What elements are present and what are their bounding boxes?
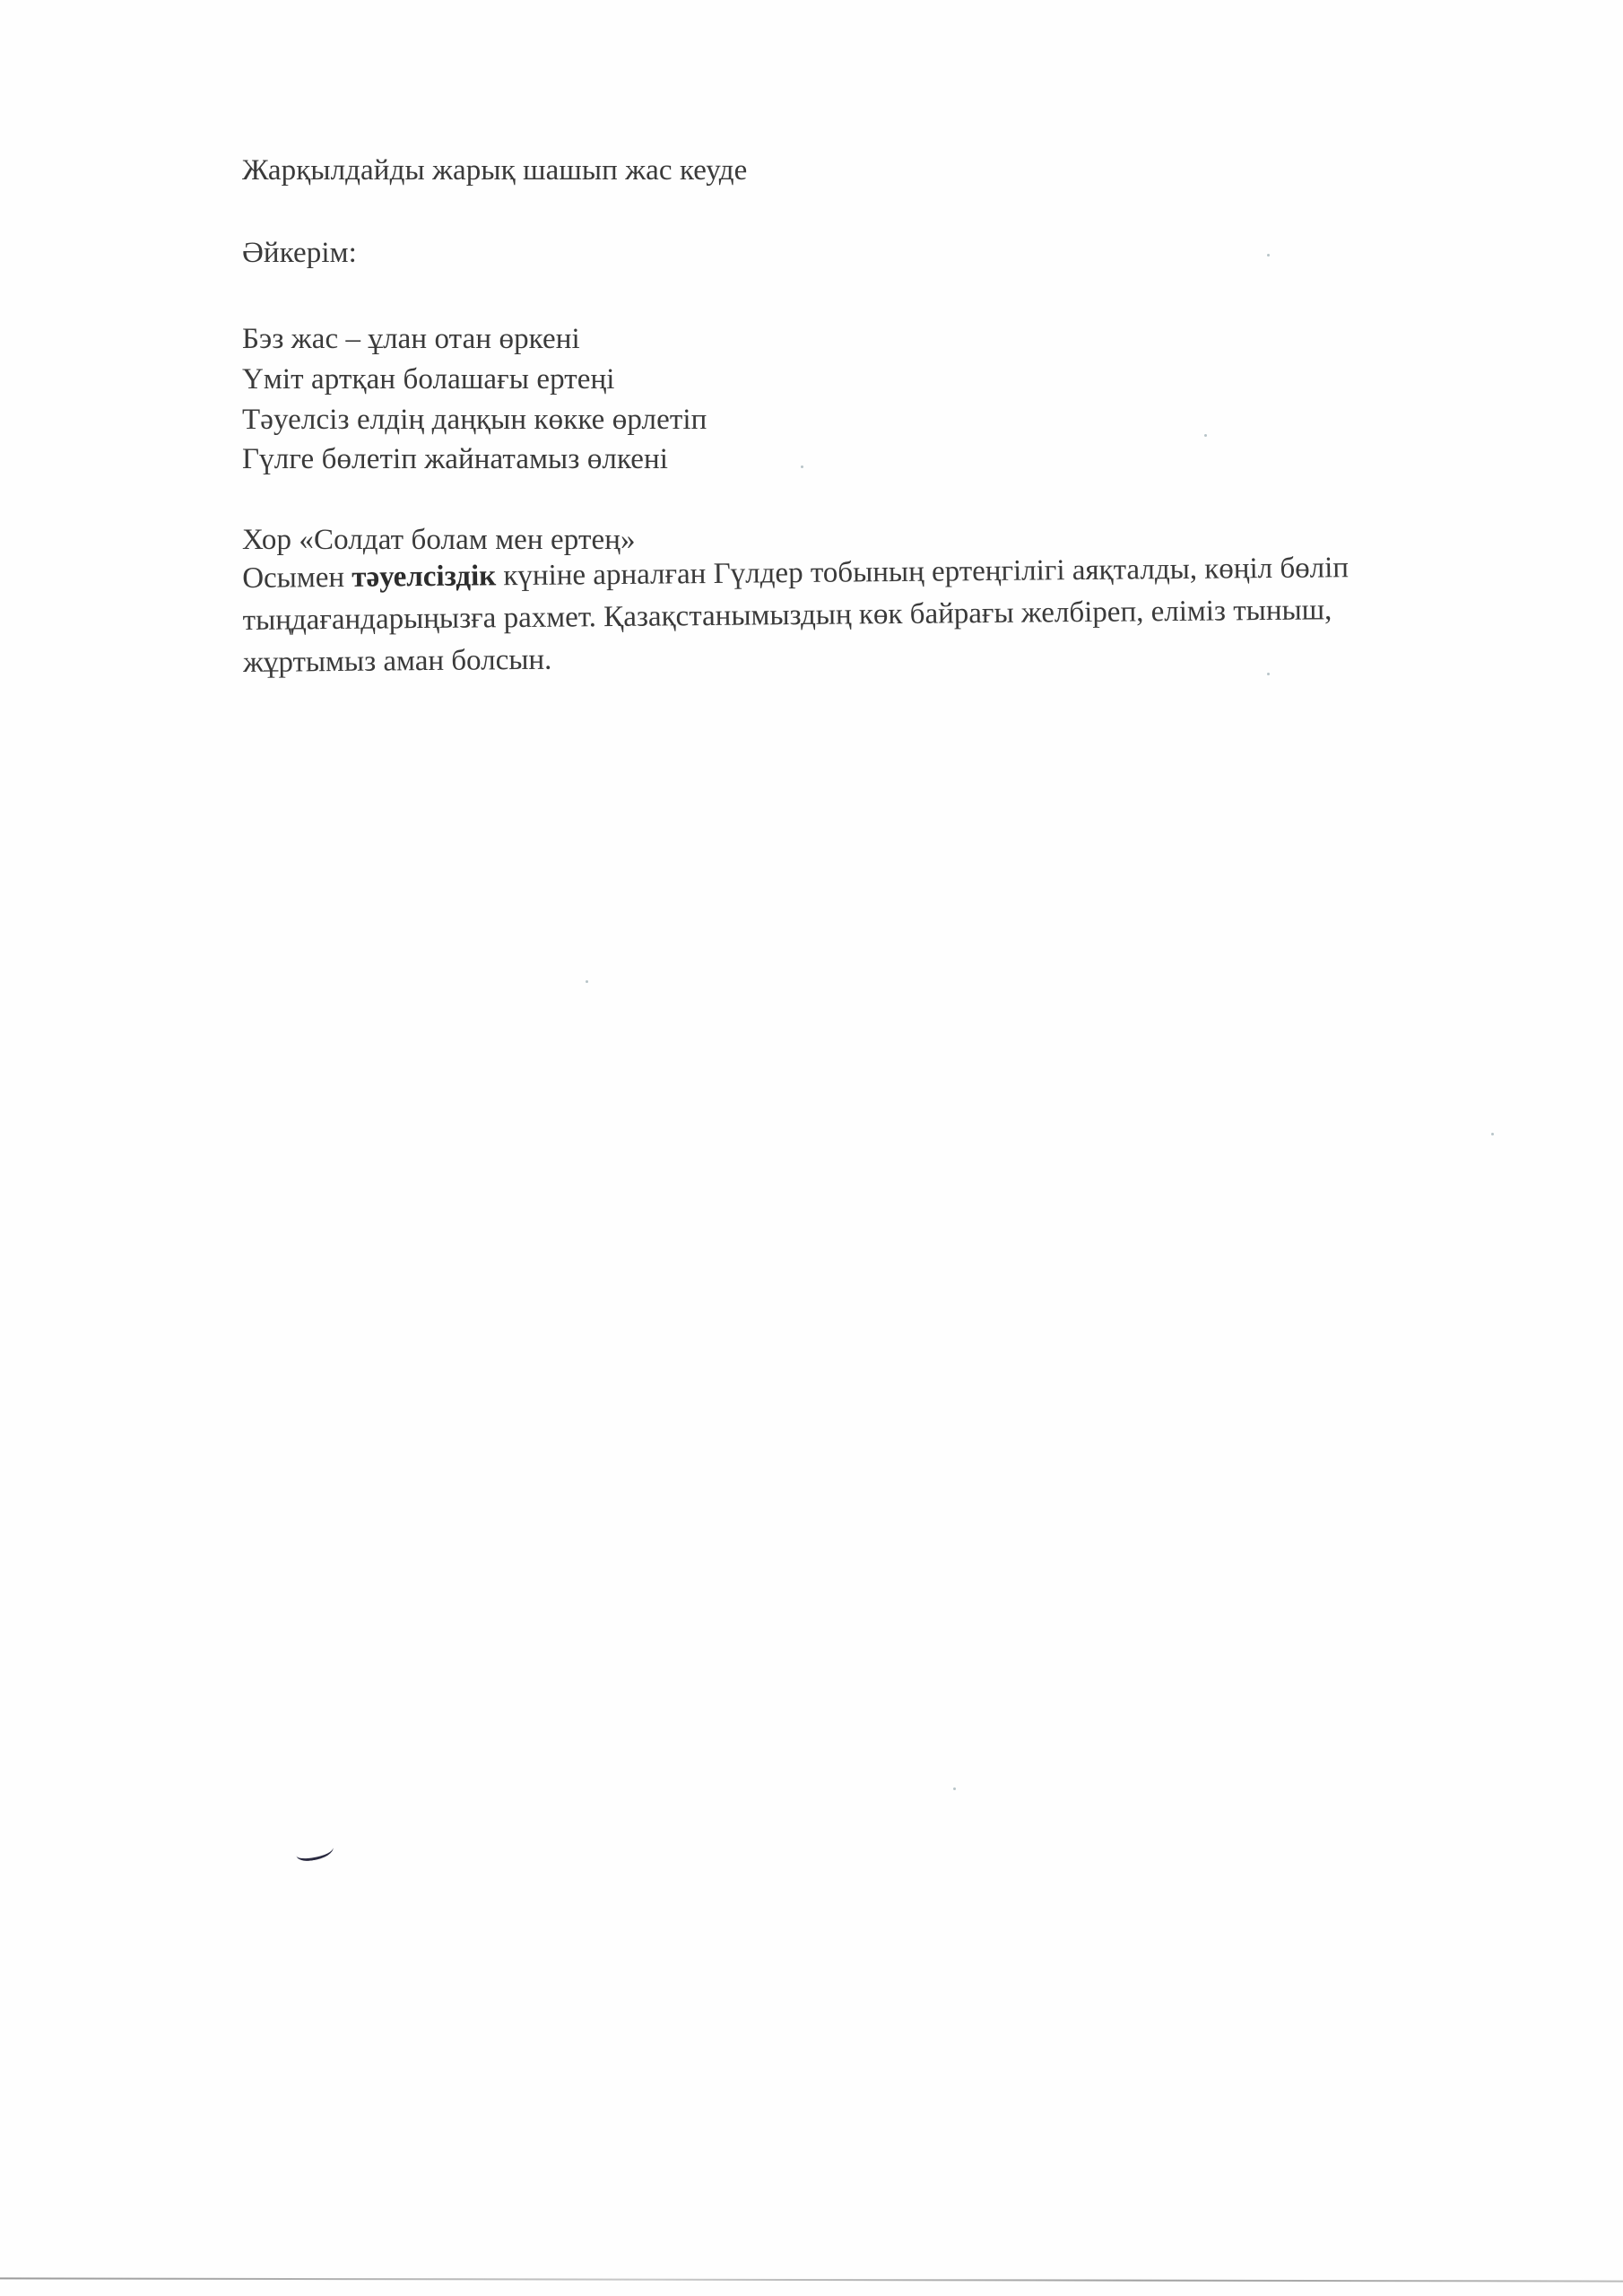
closing-paragraph: Осымен тәуелсіздік күніне арналған Гүлде… — [242, 545, 1516, 684]
scan-speck — [1267, 254, 1270, 257]
page-bottom-edge — [0, 2277, 1623, 2282]
heading-line: Жарқылдайды жарық шашып жас кеуде — [242, 152, 747, 188]
verse-line: Бэз жас – ұлан отан өркені — [242, 321, 580, 357]
choir-line: Хор «Солдат болам мен ертең» — [242, 522, 636, 558]
scan-speck — [1267, 673, 1270, 675]
scan-speck — [1204, 434, 1207, 437]
verse-line: Тәуелсіз елдің даңқын көкке өрлетіп — [242, 402, 707, 438]
closing-prefix: Осымен — [242, 561, 352, 595]
scan-speck — [801, 465, 803, 468]
verse-line: Үміт артқан болашағы ертеңі — [242, 361, 615, 397]
scanned-page: Жарқылдайды жарық шашып жас кеуде Әйкері… — [0, 0, 1623, 2296]
scan-speck — [953, 1787, 956, 1790]
speaker-label: Әйкерім: — [242, 235, 357, 271]
bold-word: тәуелсіздік — [352, 560, 496, 594]
closing-suffix: күніне арналған Гүлдер тобының ертеңгілі… — [496, 552, 1349, 592]
scan-speck — [1491, 1133, 1494, 1135]
scan-speck — [586, 980, 588, 983]
pen-mark — [295, 1840, 334, 1863]
verse-line: Гүлге бөлетіп жайнатамыз өлкені — [242, 441, 668, 477]
